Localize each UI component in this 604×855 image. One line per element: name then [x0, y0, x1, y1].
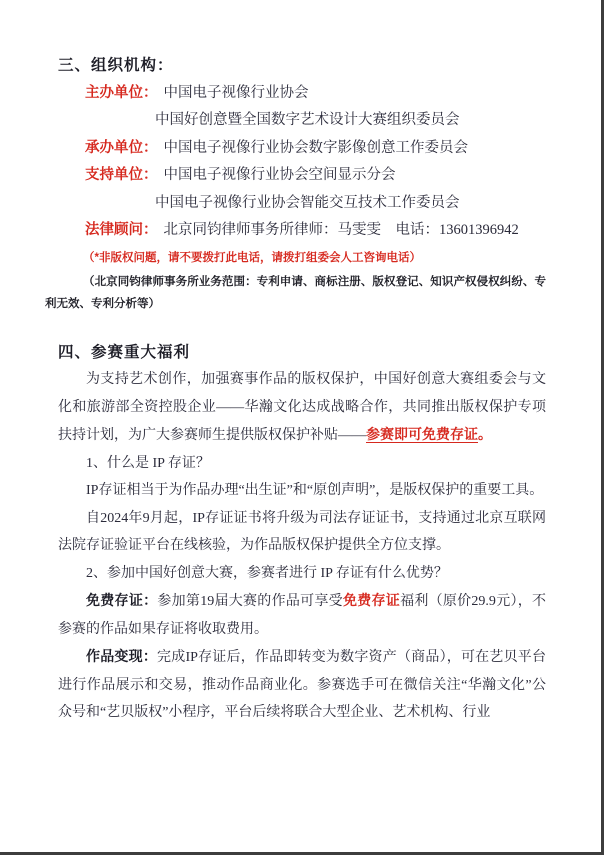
benefit-intro-paragraph: 为支持艺术创作，加强赛事作品的版权保护，中国好创意大赛组委会与文化和旅游部全资控…	[58, 366, 546, 450]
section4-heading: 四、参赛重大福利	[58, 339, 546, 367]
question-2: 2、参加中国好创意大赛，参赛者进行 IP 存证有什么优势？	[58, 560, 546, 588]
org-row-supporter-2: 中国电子视像行业协会智能交互技术工作委员会	[58, 190, 546, 218]
free-cert-paragraph: 免费存证：参加第19届大赛的作品可享受免费存证福利（原价29.9元），不参赛的作…	[58, 587, 546, 643]
org-value-supporter-2: 中国电子视像行业协会智能交互技术工作委员会	[155, 195, 460, 211]
org-row-host: 主办单位：中国电子视像行业协会	[58, 80, 546, 108]
document-page: 三、组织机构： 主办单位：中国电子视像行业协会 中国好创意暨全国数字艺术设计大赛…	[0, 0, 604, 855]
free-cert-label: 免费存证：	[86, 592, 157, 608]
slogan-period: 。	[478, 426, 492, 442]
copyright-phone-warning-note: （*非版权问题，请不要拨打此电话，请拨打组委会人工咨询电话）	[83, 245, 546, 271]
org-value-legal: 北京同钧律师事务所律师：马雯雯 电话：13601396942	[164, 222, 519, 238]
monetization-label: 作品变现：	[86, 648, 157, 664]
free-certification-slogan: 参赛即可免费存证	[366, 426, 478, 442]
page-content: 三、组织机构： 主办单位：中国电子视像行业协会 中国好创意暨全国数字艺术设计大赛…	[58, 52, 546, 727]
org-value-organizer: 中国电子视像行业协会数字影像创意工作委员会	[164, 140, 469, 156]
org-row-host-2: 中国好创意暨全国数字艺术设计大赛组织委员会	[58, 107, 546, 135]
org-row-organizer: 承办单位：中国电子视像行业协会数字影像创意工作委员会	[58, 135, 546, 163]
org-row-legal: 法律顾问：北京同钧律师事务所律师：马雯雯 电话：13601396942	[58, 217, 546, 245]
ip-cert-definition-paragraph: IP存证相当于为作品办理“出生证”和“原创声明”，是版权保护的重要工具。	[58, 477, 546, 505]
ip-cert-upgrade-paragraph: 自2024年9月起，IP存证证书将升级为司法存证证书，支持通过北京互联网法院存证…	[58, 505, 546, 560]
law-firm-scope-note: （北京同钧律师事务所业务范围：专利申请、商标注册、版权登记、知识产权侵权纠纷、专…	[45, 271, 546, 315]
org-value-host: 中国电子视像行业协会	[164, 85, 309, 101]
free-cert-highlight: 免费存证	[343, 592, 400, 608]
org-label-legal: 法律顾问：	[85, 222, 158, 238]
question-1: 1、什么是 IP 存证？	[58, 450, 546, 478]
free-cert-text-1: 参加第19届大赛的作品可享受	[157, 594, 343, 609]
section3-heading: 三、组织机构：	[58, 52, 546, 80]
org-label-supporter: 支持单位：	[85, 167, 158, 183]
org-value-host-2: 中国好创意暨全国数字艺术设计大赛组织委员会	[155, 112, 460, 128]
org-label-host: 主办单位：	[85, 85, 158, 101]
monetization-paragraph: 作品变现：完成IP存证后，作品即转变为数字资产（商品），可在艺贝平台进行作品展示…	[58, 643, 546, 727]
org-value-supporter: 中国电子视像行业协会空间显示分会	[164, 167, 396, 183]
org-label-organizer: 承办单位：	[85, 140, 158, 156]
org-row-supporter: 支持单位：中国电子视像行业协会空间显示分会	[58, 162, 546, 190]
